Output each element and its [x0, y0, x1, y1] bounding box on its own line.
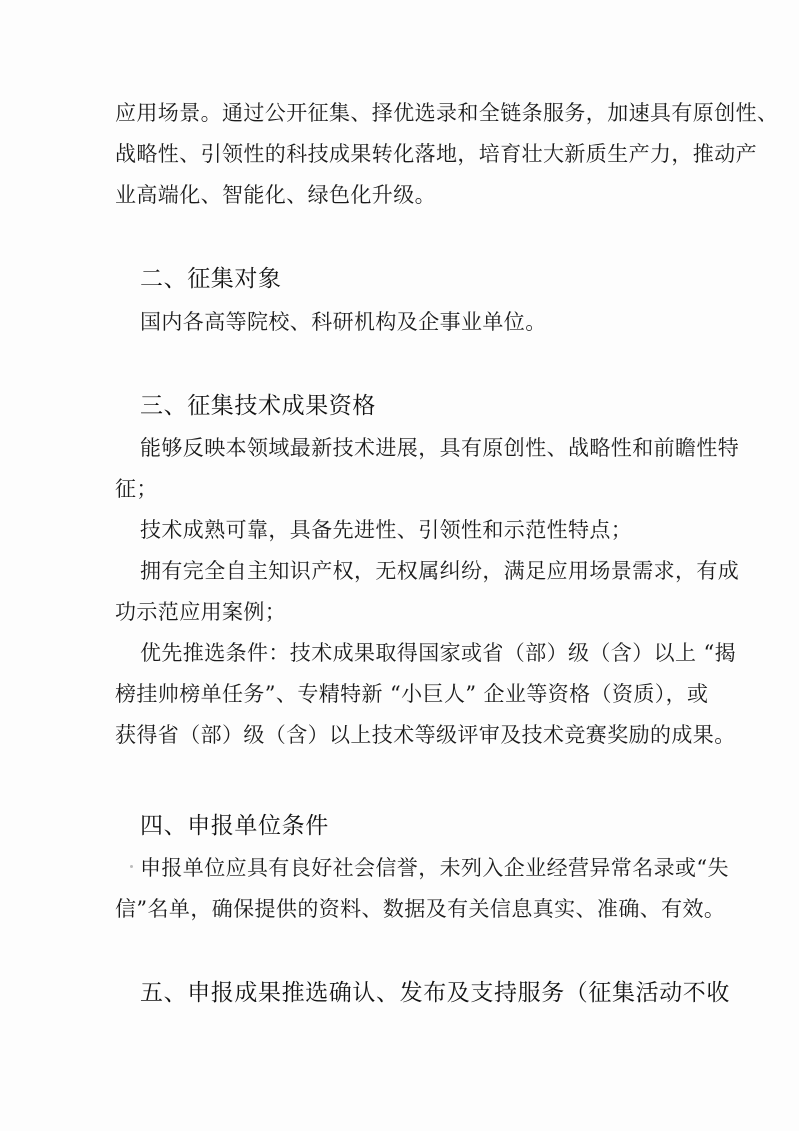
- section3-line-5: 功示范应用案例；: [115, 599, 286, 625]
- section3-line-3: 技术成熟可靠，具备先进性、引领性和示范性特点；: [140, 517, 632, 543]
- section3-line-1: 能够反映本领域最新技术进展，具有原创性、战略性和前瞻性特: [140, 435, 739, 461]
- section-heading-3: 三、征集技术成果资格: [140, 393, 376, 419]
- section3-line-7: 榜挂帅榜单任务”、专精特新 “小巨人” 企业等资格（资质），或: [115, 681, 708, 707]
- scan-artifact-dot: [130, 865, 133, 868]
- section3-line-6: 优先推选条件：技术成果取得国家或省（部）级（含）以上 “揭: [140, 640, 736, 666]
- section4-line-2: 信”名单，确保提供的资料、数据及有关信息真实、准确、有效。: [115, 896, 725, 922]
- section3-line-2: 征；: [115, 476, 158, 502]
- section-heading-4: 四、申报单位条件: [140, 813, 329, 839]
- section2-line-1: 国内各高等院校、科研机构及企事业单位。: [140, 309, 547, 335]
- section-heading-2: 二、征集对象: [140, 266, 282, 292]
- intro-line-2: 战略性、引领性的科技成果转化落地，培育壮大新质生产力，推动产: [115, 141, 757, 167]
- section3-line-4: 拥有完全自主知识产权，无权属纠纷，满足应用场景需求，有成: [140, 558, 739, 584]
- intro-line-1: 应用场景。通过公开征集、择优选录和全链条服务，加速具有原创性、: [115, 100, 778, 126]
- intro-line-3: 业高端化、智能化、绿色化升级。: [115, 182, 436, 208]
- section-heading-5: 五、申报成果推选确认、发布及支持服务（征集活动不收: [140, 980, 730, 1006]
- document-page: 应用场景。通过公开征集、择优选录和全链条服务，加速具有原创性、 战略性、引领性的…: [0, 0, 799, 1131]
- section3-line-8: 获得省（部）级（含）以上技术等级评审及技术竞赛奖励的成果。: [115, 722, 736, 748]
- section4-line-1: 申报单位应具有良好社会信誉，未列入企业经营异常名录或“失: [140, 855, 729, 881]
